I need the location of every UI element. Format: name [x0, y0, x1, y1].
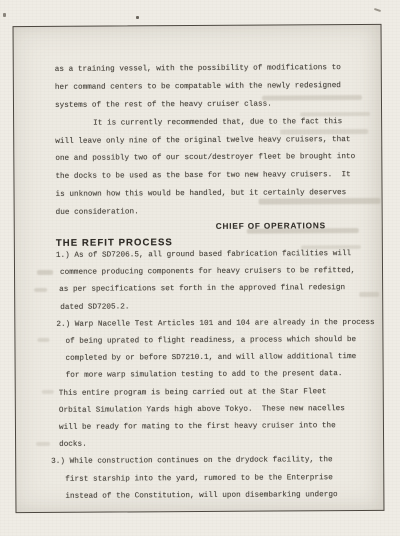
typed-line: 3.) While construction continues on the …: [51, 456, 332, 467]
scan-speck: [374, 8, 381, 12]
typed-line: docks.: [59, 441, 87, 450]
typed-line: of being uprated to flight readiness, a …: [65, 336, 356, 347]
bleed-through-mark: [37, 270, 53, 275]
bleed-through-mark: [262, 95, 362, 101]
bleed-through-mark: [300, 112, 370, 116]
bleed-through-mark: [34, 288, 47, 292]
bleed-through-mark: [36, 442, 50, 446]
typed-line: her command centers to be compatable wit…: [55, 82, 341, 93]
typed-line: It is currently recommended that, due to…: [93, 118, 342, 129]
typed-line: commence producing components for heavy …: [60, 267, 355, 278]
byline-chief-of-operations: CHIEF OF OPERATIONS: [216, 221, 326, 231]
typed-line: dated SD7205.2.: [60, 303, 129, 312]
typed-line: as a training vessel, with the possibili…: [55, 64, 341, 75]
typed-line: will leave only nine of the original twe…: [55, 136, 350, 147]
scan-speck: [3, 13, 6, 17]
bleed-through-mark: [359, 292, 379, 297]
typed-line: completed by or before SD7210.1, and wil…: [66, 353, 357, 364]
scanned-page: as a training vessel, with the possibili…: [0, 0, 400, 536]
scan-speck: [136, 16, 139, 19]
typed-line: Orbital Simulation Yards high above Toky…: [59, 405, 345, 416]
typed-line: 2.) Warp Nacelle Test Articles 101 and 1…: [56, 319, 374, 330]
typed-line: for more warp simulation testing to add …: [66, 370, 343, 381]
typed-line: the docks to be used as the base for two…: [55, 171, 350, 182]
typed-line: This entire program is being carried out…: [59, 388, 327, 399]
section-heading-refit-process: THE REFIT PROCESS: [56, 237, 173, 249]
typed-line: due consideration.: [56, 208, 139, 218]
bleed-through-mark: [37, 338, 49, 342]
typed-line: instead of the Constitution, will upon d…: [65, 491, 337, 502]
page-border-frame: as a training vessel, with the possibili…: [13, 24, 385, 513]
bleed-through-mark: [301, 245, 361, 249]
bleed-through-mark: [259, 198, 381, 205]
typed-line: as per specifications set forth in the a…: [59, 284, 345, 295]
typed-line: will be ready for mating to the first he…: [59, 422, 336, 433]
typed-line: is unknown how this would be handled, bu…: [56, 189, 347, 200]
bleed-through-mark: [280, 129, 368, 135]
bleed-through-mark: [42, 390, 54, 394]
typed-line: first starship into the yard, rumored to…: [65, 474, 333, 485]
typed-line: systems of the rest of the heavy cruiser…: [55, 101, 272, 111]
typed-line: one and possibly two of our scout/destro…: [55, 153, 355, 164]
typed-line: 1.) As of SD7206.5, all ground based fab…: [56, 250, 351, 261]
